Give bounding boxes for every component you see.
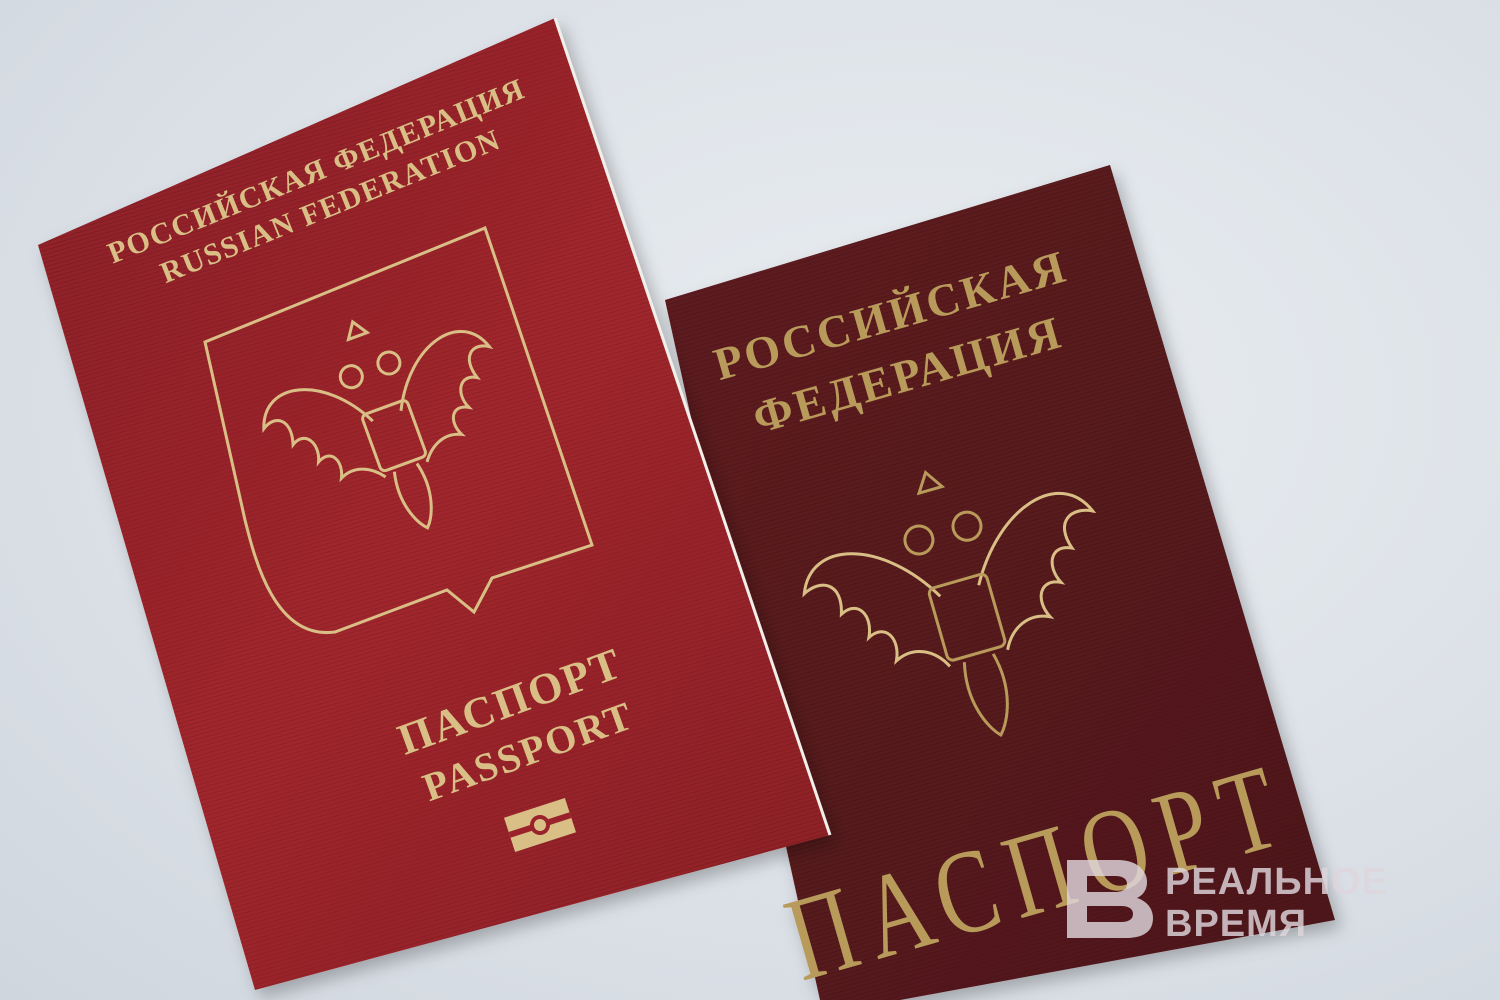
watermark-line1: РЕАЛЬНОЕ	[1165, 861, 1388, 903]
watermark-line2: ВРЕМЯ	[1165, 903, 1307, 940]
photo-scene: РОССИЙСКАЯ ФЕДЕРАЦИЯ ПАСПОРТ РОССИЙСКАЯ …	[0, 0, 1500, 1000]
international-passport: РОССИЙСКАЯ ФЕДЕРАЦИЯ RUSSIAN FEDERATION …	[38, 18, 830, 990]
realnoe-vremya-watermark: РЕАЛЬНОЕ ВРЕМЯ	[1065, 858, 1445, 940]
realnoe-vremya-logo-icon	[1067, 860, 1153, 938]
